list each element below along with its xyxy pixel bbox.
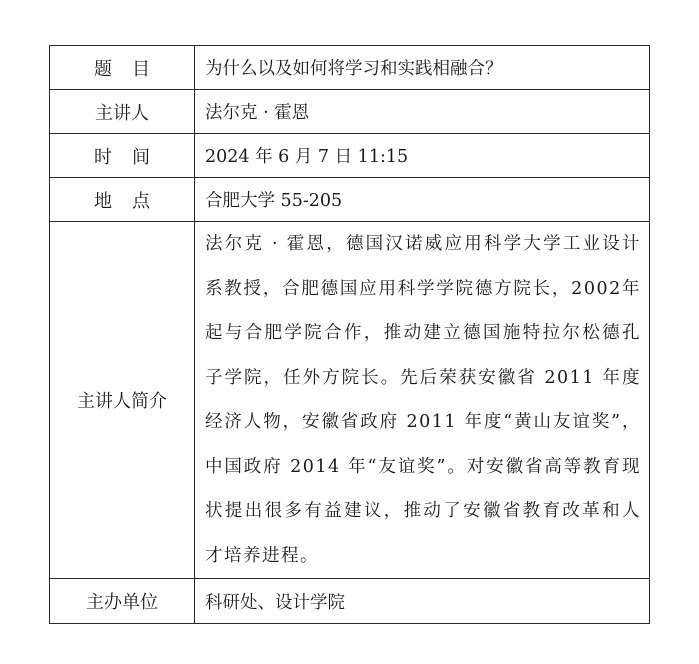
table-row-location: 地点 合肥大学 55-205	[50, 178, 650, 222]
label-title: 题目	[50, 46, 195, 90]
table-row-time: 时间 2024 年 6 月 7 日 11:15	[50, 134, 650, 178]
label-speaker-bio: 主讲人简介	[50, 222, 195, 579]
label-time: 时间	[50, 134, 195, 178]
table-row-speaker-bio: 主讲人简介 法尔克 · 霍恩，德国汉诺威应用科学大学工业设计系教授，合肥德国应用…	[50, 222, 650, 579]
speaker-bio-text: 法尔克 · 霍恩，德国汉诺威应用科学大学工业设计系教授，合肥德国应用科学学院德方…	[205, 222, 641, 578]
value-organizer: 科研处、设计学院	[195, 579, 650, 624]
value-location: 合肥大学 55-205	[195, 178, 650, 222]
label-organizer: 主办单位	[50, 579, 195, 624]
label-speaker: 主讲人	[50, 90, 195, 134]
lecture-info-table: 题目 为什么以及如何将学习和实践相融合？ 主讲人 法尔克 · 霍恩 时间 202…	[49, 45, 650, 624]
label-location: 地点	[50, 178, 195, 222]
value-speaker-bio-cell: 法尔克 · 霍恩，德国汉诺威应用科学大学工业设计系教授，合肥德国应用科学学院德方…	[195, 222, 650, 579]
value-title: 为什么以及如何将学习和实践相融合？	[195, 46, 650, 90]
table-row-speaker: 主讲人 法尔克 · 霍恩	[50, 90, 650, 134]
value-speaker: 法尔克 · 霍恩	[195, 90, 650, 134]
table-row-title: 题目 为什么以及如何将学习和实践相融合？	[50, 46, 650, 90]
table-row-organizer: 主办单位 科研处、设计学院	[50, 579, 650, 624]
value-time: 2024 年 6 月 7 日 11:15	[195, 134, 650, 178]
